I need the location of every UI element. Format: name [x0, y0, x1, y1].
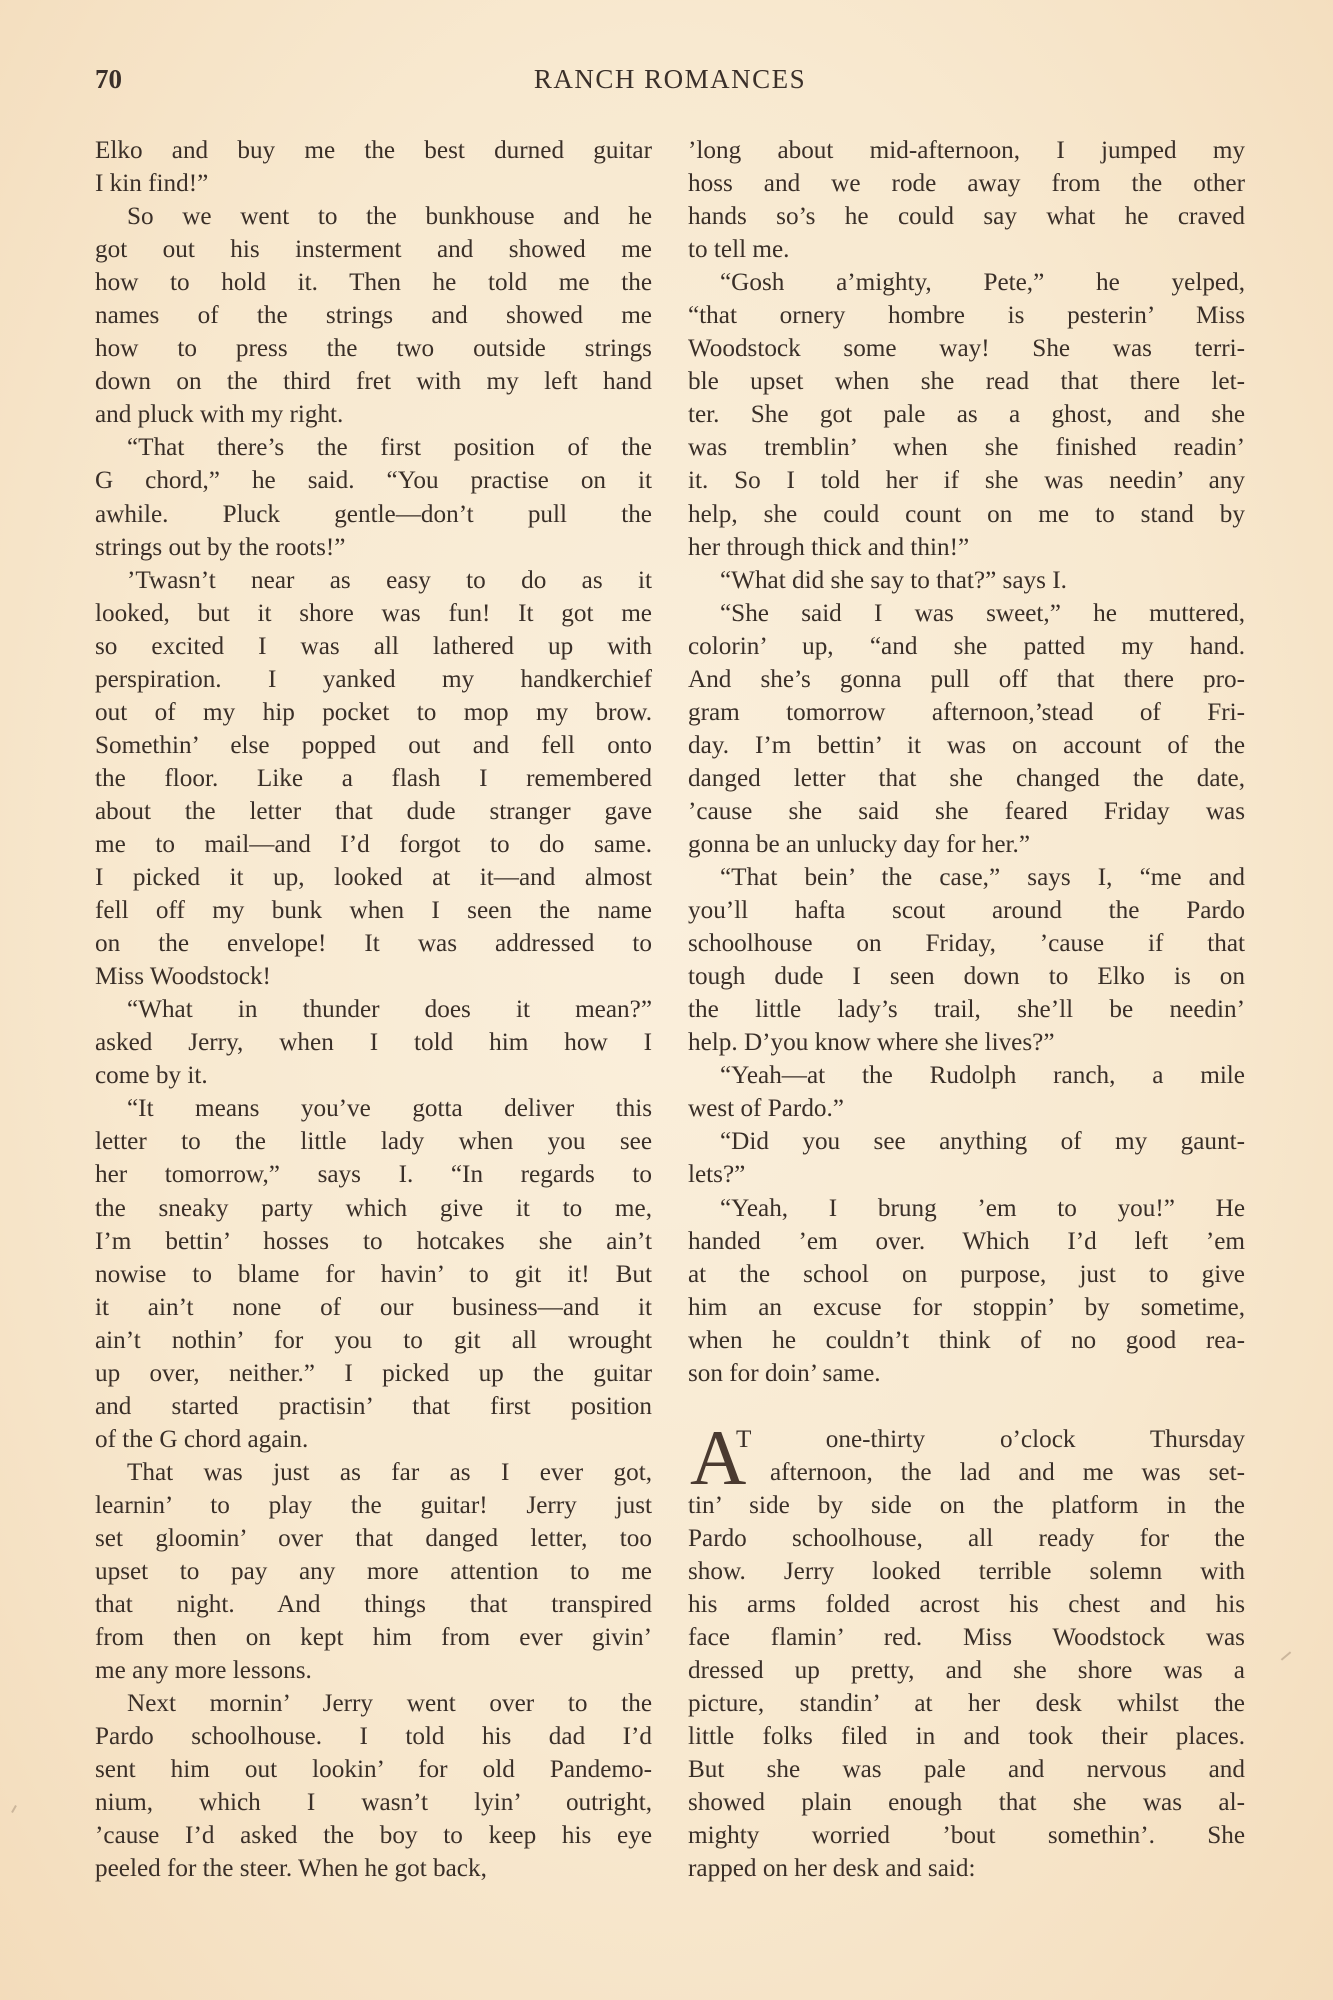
text-line: ain’t nothin’ for you to git all wrought: [95, 1324, 652, 1357]
text-line: danged letter that she changed the date,: [688, 762, 1245, 795]
text-line: showed plain enough that she was al-: [688, 1786, 1245, 1819]
text-line: hoss and we rode away from the other: [688, 167, 1245, 200]
text-line: help, she could count on me to stand by: [688, 498, 1245, 531]
text-line: afternoon, the lad and me was set-: [688, 1456, 1245, 1489]
text-line: of the G chord again.: [95, 1423, 652, 1456]
text-line: his arms folded acrost his chest and his: [688, 1588, 1245, 1621]
text-line: mighty worried ’bout somethin’. She: [688, 1819, 1245, 1852]
text-line: about the letter that dude stranger gave: [95, 795, 652, 828]
paragraph: “Did you see anything of my gaunt-lets?”: [688, 1125, 1245, 1191]
paragraph: ’Twasn’t near as easy to do as itlooked,…: [95, 564, 652, 994]
paragraph: “What did she say to that?” says I.: [688, 564, 1245, 597]
text-line: son for doin’ same.: [688, 1357, 1245, 1390]
text-line: dressed up pretty, and she shore was a: [688, 1654, 1245, 1687]
text-line: strings out by the roots!”: [95, 531, 652, 564]
text-line: how to press the two outside strings: [95, 332, 652, 365]
text-line: I picked it up, looked at it—and almost: [95, 861, 652, 894]
paragraph: “Yeah—at the Rudolph ranch, a milewest o…: [688, 1059, 1245, 1125]
text-line: Pardo schoolhouse, all ready for the: [688, 1522, 1245, 1555]
text-line: awhile. Pluck gentle—don’t pull the: [95, 498, 652, 531]
text-line: on the envelope! It was addressed to: [95, 927, 652, 960]
text-line: ’long about mid-afternoon, I jumped my: [688, 134, 1245, 167]
text-line: “That bein’ the case,” says I, “me and: [688, 861, 1245, 894]
text-line: colorin’ up, “and she patted my hand.: [688, 630, 1245, 663]
text-line: ble upset when she read that there let-: [688, 365, 1245, 398]
text-line: and started practisin’ that first positi…: [95, 1390, 652, 1423]
paragraph: ’long about mid-afternoon, I jumped myho…: [688, 134, 1245, 266]
stray-mark: [11, 1805, 17, 1813]
text-line: nium, which I wasn’t lyin’ outright,: [95, 1786, 652, 1819]
text-line: “Yeah—at the Rudolph ranch, a mile: [688, 1059, 1245, 1092]
text-line: ’cause I’d asked the boy to keep his eye: [95, 1819, 652, 1852]
text-line: “It means you’ve gotta deliver this: [95, 1092, 652, 1125]
text-line: lets?”: [688, 1158, 1245, 1191]
text-line: upset to pay any more attention to me: [95, 1555, 652, 1588]
text-line: west of Pardo.”: [688, 1092, 1245, 1125]
text-line: names of the strings and showed me: [95, 299, 652, 332]
text-line: the floor. Like a flash I remembered: [95, 762, 652, 795]
text-line: T one-thirty o’clock Thursday: [688, 1423, 1245, 1456]
paragraph: “She said I was sweet,” he muttered,colo…: [688, 597, 1245, 861]
text-line: how to hold it. Then he told me the: [95, 266, 652, 299]
left-column: Elko and buy me the best durned guitarI …: [95, 134, 652, 1885]
text-line: I kin find!”: [95, 167, 652, 200]
text-line: “What in thunder does it mean?”: [95, 993, 652, 1026]
text-line: tough dude I seen down to Elko is on: [688, 960, 1245, 993]
text-line: So we went to the bunkhouse and he: [95, 200, 652, 233]
text-line: and pluck with my right.: [95, 398, 652, 431]
text-line: out of my hip pocket to mop my brow.: [95, 696, 652, 729]
text-line: rapped on her desk and said:: [688, 1852, 1245, 1885]
text-line: That was just as far as I ever got,: [95, 1456, 652, 1489]
drop-cap: A: [690, 1427, 746, 1489]
text-line: got out his insterment and showed me: [95, 233, 652, 266]
text-line: tin’ side by side on the platform in the: [688, 1489, 1245, 1522]
text-line: that night. And things that transpired: [95, 1588, 652, 1621]
paragraph: So we went to the bunkhouse and hegot ou…: [95, 200, 652, 431]
paragraph: “Yeah, I brung ’em to you!” Hehanded ’em…: [688, 1192, 1245, 1390]
text-line: the little lady’s trail, she’ll be needi…: [688, 993, 1245, 1026]
text-line: Miss Woodstock!: [95, 960, 652, 993]
text-line: G chord,” he said. “You practise on it: [95, 464, 652, 497]
text-line: when he couldn’t think of no good rea-: [688, 1324, 1245, 1357]
text-line: And she’s gonna pull off that there pro-: [688, 663, 1245, 696]
text-line: learnin’ to play the guitar! Jerry just: [95, 1489, 652, 1522]
text-line: set gloomin’ over that danged letter, to…: [95, 1522, 652, 1555]
text-line: at the school on purpose, just to give: [688, 1258, 1245, 1291]
text-line: perspiration. I yanked my handkerchief: [95, 663, 652, 696]
text-line: help. D’you know where she lives?”: [688, 1026, 1245, 1059]
text-line: me to mail—and I’d forgot to do same.: [95, 828, 652, 861]
paragraph: “Gosh a’mighty, Pete,” he yelped,“that o…: [688, 266, 1245, 563]
text-line: Elko and buy me the best durned guitar: [95, 134, 652, 167]
text-line: it. So I told her if she was needin’ any: [688, 464, 1245, 497]
text-line: handed ’em over. Which I’d left ’em: [688, 1225, 1245, 1258]
text-line: “That there’s the first position of the: [95, 431, 652, 464]
text-line: fell off my bunk when I seen the name: [95, 894, 652, 927]
text-line: day. I’m bettin’ it was on account of th…: [688, 729, 1245, 762]
text-line: schoolhouse on Friday, ’cause if that: [688, 927, 1245, 960]
text-line: ’cause she said she feared Friday was: [688, 795, 1245, 828]
text-line: nowise to blame for havin’ to git it! Bu…: [95, 1258, 652, 1291]
text-line: so excited I was all lathered up with: [95, 630, 652, 663]
section-paragraph: AT one-thirty o’clock Thursdayafternoon,…: [688, 1423, 1245, 1886]
text-line: “Yeah, I brung ’em to you!” He: [688, 1192, 1245, 1225]
magazine-title: RANCH ROMANCES: [95, 64, 1245, 95]
paragraph: That was just as far as I ever got,learn…: [95, 1456, 652, 1687]
text-line: show. Jerry looked terrible solemn with: [688, 1555, 1245, 1588]
text-line: looked, but it shore was fun! It got me: [95, 597, 652, 630]
text-line: her tomorrow,” says I. “In regards to: [95, 1158, 652, 1191]
text-line: from then on kept him from ever givin’: [95, 1621, 652, 1654]
text-line: down on the third fret with my left hand: [95, 365, 652, 398]
running-head: 70 RANCH ROMANCES: [95, 64, 1245, 104]
text-line: But she was pale and nervous and: [688, 1753, 1245, 1786]
text-line: to tell me.: [688, 233, 1245, 266]
text-line: picture, standin’ at her desk whilst the: [688, 1687, 1245, 1720]
text-line: “What did she say to that?” says I.: [688, 564, 1245, 597]
text-line: Next mornin’ Jerry went over to the: [95, 1687, 652, 1720]
paragraph: Next mornin’ Jerry went over to thePardo…: [95, 1687, 652, 1885]
text-line: sent him out lookin’ for old Pandemo-: [95, 1753, 652, 1786]
text-line: asked Jerry, when I told him how I: [95, 1026, 652, 1059]
text-line: come by it.: [95, 1059, 652, 1092]
text-line: ’Twasn’t near as easy to do as it: [95, 564, 652, 597]
text-line: hands so’s he could say what he craved: [688, 200, 1245, 233]
text-line: little folks filed in and took their pla…: [688, 1720, 1245, 1753]
text-line: letter to the little lady when you see: [95, 1125, 652, 1158]
text-line: Pardo schoolhouse. I told his dad I’d: [95, 1720, 652, 1753]
text-line: I’m bettin’ hosses to hotcakes she ain’t: [95, 1225, 652, 1258]
text-line: gonna be an unlucky day for her.”: [688, 828, 1245, 861]
text-line: gram tomorrow afternoon,’stead of Fri-: [688, 696, 1245, 729]
text-line: you’ll hafta scout around the Pardo: [688, 894, 1245, 927]
text-line: “that ornery hombre is pesterin’ Miss: [688, 299, 1245, 332]
text-line: the sneaky party which give it to me,: [95, 1192, 652, 1225]
text-line: her through thick and thin!”: [688, 531, 1245, 564]
text-line: face flamin’ red. Miss Woodstock was: [688, 1621, 1245, 1654]
magazine-page: 70 RANCH ROMANCES Elko and buy me the be…: [0, 0, 1333, 2000]
text-line: “Did you see anything of my gaunt-: [688, 1125, 1245, 1158]
text-line: “Gosh a’mighty, Pete,” he yelped,: [688, 266, 1245, 299]
text-line: him an excuse for stoppin’ by sometime,: [688, 1291, 1245, 1324]
paragraph: “That bein’ the case,” says I, “me andyo…: [688, 861, 1245, 1059]
section-break: [688, 1390, 1245, 1423]
text-line: “She said I was sweet,” he muttered,: [688, 597, 1245, 630]
paragraph: “It means you’ve gotta deliver thislette…: [95, 1092, 652, 1456]
text-line: up over, neither.” I picked up the guita…: [95, 1357, 652, 1390]
paragraph: “That there’s the first position of theG…: [95, 431, 652, 563]
text-line: Woodstock some way! She was terri-: [688, 332, 1245, 365]
text-line: me any more lessons.: [95, 1654, 652, 1687]
stray-mark: [1281, 1651, 1291, 1660]
text-line: it ain’t none of our business—and it: [95, 1291, 652, 1324]
text-line: ter. She got pale as a ghost, and she: [688, 398, 1245, 431]
paragraph: Elko and buy me the best durned guitarI …: [95, 134, 652, 200]
text-line: Somethin’ else popped out and fell onto: [95, 729, 652, 762]
text-line: was tremblin’ when she finished readin’: [688, 431, 1245, 464]
text-line: peeled for the steer. When he got back,: [95, 1852, 652, 1885]
right-column: ’long about mid-afternoon, I jumped myho…: [688, 134, 1245, 1885]
paragraph: “What in thunder does it mean?”asked Jer…: [95, 993, 652, 1092]
